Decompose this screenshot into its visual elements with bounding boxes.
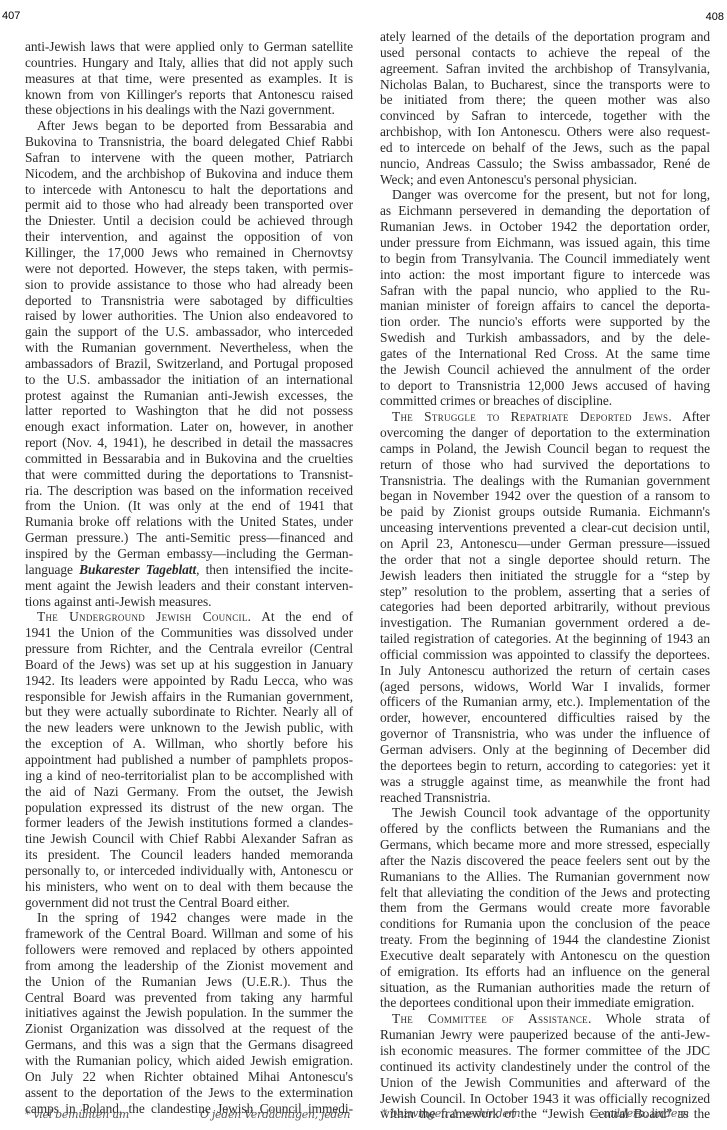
text-line: Weck; and even Antonescu's personal phys… — [380, 172, 710, 188]
handwritten-note: O jeden Verdächtigen, jeden — [200, 1108, 350, 1121]
text-line: archbishop, with Ion Antonescu. Others w… — [380, 124, 710, 140]
text-line: Transnistria. The dealings with the Ruma… — [380, 473, 710, 489]
text-line: tion order. The nuncio's efforts were su… — [380, 314, 710, 330]
text-line: nuncio, Andreas Cassulo; the Swiss ambas… — [380, 156, 710, 172]
text-line: agreement. Safran invited the archbishop… — [380, 61, 710, 77]
text-line: under pressure from Eichmann, was issued… — [380, 235, 710, 251]
text-line: framework of the Central Board. Willman … — [25, 926, 353, 942]
text-line: on April 23, Antonescu—under German pres… — [380, 536, 710, 552]
text-line: tions against anti-Jewish measures. — [25, 594, 353, 610]
text-line: their intervention, and against the oppo… — [25, 229, 353, 245]
text-line: pressure from Richter, and the Centrala … — [25, 641, 353, 657]
text-line: them from the Germans would create more … — [380, 900, 710, 916]
text-line: ria. The description was based on the in… — [25, 483, 353, 499]
text-line: ish economic measures. The former commit… — [380, 1043, 710, 1059]
text-line: committed in Bessarabia and in Bukovina … — [25, 451, 353, 467]
text-line: protest against the Rumanian anti-Jewish… — [25, 388, 353, 404]
text-line: order, however, encountered difficulties… — [380, 710, 710, 726]
text-line: measures at that time, were presented as… — [25, 71, 353, 87]
text-line: the order that not a single deportee sho… — [380, 552, 710, 568]
text-line: overcoming the danger of deportation to … — [380, 425, 710, 441]
text-line: to deport to Transnistria 12,000 Jews ac… — [380, 378, 710, 394]
text-line: used personal contacts to achieve the re… — [380, 45, 710, 61]
text-line: German pressure.) The anti-Semitic press… — [25, 530, 353, 546]
text-line: felt that alleviating the condition of t… — [380, 885, 710, 901]
section-heading: The Struggle to Repatriate Deported Jews… — [392, 409, 672, 424]
text-line: the Union of the Rumanian Jews (U.E.R.).… — [25, 974, 353, 990]
text-line: permit aid to those who had already been… — [25, 197, 353, 213]
text-line: as Eichmann persevered in demanding the … — [380, 203, 710, 219]
text-line: appointment had published a number of pa… — [25, 752, 353, 768]
text-line: its president. The Council leaders hande… — [25, 847, 353, 863]
text-line: raised by lower authorities. The Union a… — [25, 308, 353, 324]
text-line: treaty. From the beginning of 1944 the c… — [380, 932, 710, 948]
text-line: began in November 1942 over the question… — [380, 488, 710, 504]
text-line: The Underground Jewish Council. At the e… — [25, 609, 353, 625]
text-line: situation, as the Rumanian authorities m… — [380, 980, 710, 996]
text-line: Bukovina to Transnistria, the board dele… — [25, 134, 353, 150]
publication-title: Bukarester Tageblatt — [79, 562, 196, 577]
text-line: be paid by Zionist groups outside Rumani… — [380, 504, 710, 520]
text-line: official commission was appointed to cla… — [380, 647, 710, 663]
section-heading: The Committee of Assistance. — [392, 1011, 592, 1026]
text-line: Nicodem, and the archbishop of Bukovina … — [25, 166, 353, 182]
text-line: In July Antonescu authorized the return … — [380, 663, 710, 679]
text-line: ed to intercede on behalf of the Jews, s… — [380, 140, 710, 156]
text-line: his ministers, who went on to deal with … — [25, 879, 353, 895]
text-line: step” resolution to the problem, asserti… — [380, 584, 710, 600]
text-line: government did not trust the Central Boa… — [25, 895, 353, 911]
text-line: to intercede with Antonescu to halt the … — [25, 182, 353, 198]
handwritten-note: * bezwingen Δ verhindern — [382, 1107, 520, 1120]
text-line: of emigration. Its efforts had an influe… — [380, 964, 710, 980]
text-line: return of those who had survived the dep… — [380, 457, 710, 473]
text-line: Board of the Jews) was set up at his sug… — [25, 657, 353, 673]
text-line: manian minister of foreign affairs to ca… — [380, 298, 710, 314]
text-line: from the Union. (It was only at the end … — [25, 498, 353, 514]
text-line: 1941 the Union of the Communities was di… — [25, 625, 353, 641]
text-line: Killinger, the 17,000 Jews who remained … — [25, 245, 353, 261]
text-line: that were committed during the deportati… — [25, 467, 353, 483]
text-line: Union of the Jewish Communities and afte… — [380, 1075, 710, 1091]
text-line: gain the support of the U.S. ambassador,… — [25, 324, 353, 340]
text-line: the Dniester. Until a decision could be … — [25, 213, 353, 229]
text-line: initiatives against the Jewish populatio… — [25, 1005, 353, 1021]
text-line: tine Jewish Council with Chief Rabbi Ale… — [25, 831, 353, 847]
text-line: German advisers. Only at the beginning o… — [380, 742, 710, 758]
text-line: After Jews began to be deported from Bes… — [25, 118, 353, 134]
text-line: On July 22 when Richter obtained Mihai A… — [25, 1069, 353, 1085]
section-heading: The Underground Jewish Council. — [37, 609, 251, 624]
text-line: with the Rumanian policy, which aided Je… — [25, 1053, 353, 1069]
text-line: Germans, which became more and more stre… — [380, 837, 710, 853]
text-line: convinced by Safran to intercede, togeth… — [380, 108, 710, 124]
text-line: to the U.S. ambassador the initiation of… — [25, 372, 353, 388]
text-line: inspired by the German embassy—including… — [25, 546, 353, 562]
text-line: population expressed its distrust of the… — [25, 800, 353, 816]
text-line: Germans, and this was a sign that the Ge… — [25, 1037, 353, 1053]
text-line: the exception of A. Willman, who shortly… — [25, 736, 353, 752]
text-line: The Struggle to Repatriate Deported Jews… — [380, 409, 710, 425]
text-line: offered by the conflicts between the Rum… — [380, 821, 710, 837]
text-line: The Committee of Assistance. Whole strat… — [380, 1011, 710, 1027]
text-line: after the Nazis discovered the peace fee… — [380, 853, 710, 869]
text-line: the aid of Nazi Germany. From the outset… — [25, 784, 353, 800]
text-line: investigation. The Rumanian government o… — [380, 615, 710, 631]
text-line: responsible for Jewish affairs in the Ru… — [25, 689, 353, 705]
text-line: assent to the deportation of the Jews to… — [25, 1085, 353, 1101]
text-line: countries. Hungary and Italy, allies tha… — [25, 55, 353, 71]
text-line: anti-Jewish laws that were applied only … — [25, 39, 353, 55]
text-line: known from von Killinger's reports that … — [25, 87, 353, 103]
text-line: The Jewish Council took advantage of the… — [380, 805, 710, 821]
text-line: Executive dealt separately with Antonesc… — [380, 948, 710, 964]
text-line: Central Board was prevented from taking … — [25, 990, 353, 1006]
text-line: Danger was overcome for the present, but… — [380, 187, 710, 203]
text-line: Swedish and Turkish ambassadors, and by … — [380, 330, 710, 346]
text-line: Nicholas Balan, to Bucharest, since the … — [380, 77, 710, 93]
text-line: but they were actually subordinate to Ri… — [25, 704, 353, 720]
page-number-left: 407 — [2, 10, 20, 22]
right-text-column: ately learned of the details of the depo… — [380, 29, 710, 1122]
text-line: Zionist Organization was dissolved at th… — [25, 1021, 353, 1037]
text-line: unceasing interventions prevented a clea… — [380, 520, 710, 536]
text-line: continued its activity clandestinely und… — [380, 1059, 710, 1075]
text-line: categories had been deported arbitrarily… — [380, 599, 710, 615]
text-line: these objections in his dealings with th… — [25, 102, 353, 118]
text-line: conditions for Rumania upon the conclusi… — [380, 916, 710, 932]
text-line: Rumanian Jews. in October 1942 the depor… — [380, 219, 710, 235]
text-line: was a struggle against time, as meanwhil… — [380, 774, 710, 790]
text-line: Safran with the papal nuncio, who applie… — [380, 283, 710, 299]
text-line: deported to Transnistria were sabotaged … — [25, 293, 353, 309]
handwritten-note: ▭ mildern, lindern — [590, 1107, 689, 1120]
text-line: reached Transnistria. — [380, 790, 710, 806]
text-line: the deportees begin to return, according… — [380, 758, 710, 774]
text-line: (aged persons, widows, World War I inval… — [380, 679, 710, 695]
text-line: gates of the International Red Cross. At… — [380, 346, 710, 362]
text-line: were not deported. However, the steps ta… — [25, 261, 353, 277]
text-line: Rumanians to the Allies. The Rumanian go… — [380, 869, 710, 885]
text-line: former leaders of the Jewish institution… — [25, 815, 353, 831]
text-line: ately learned of the details of the depo… — [380, 29, 710, 45]
text-line: the new leaders were unknown to the Jewi… — [25, 720, 353, 736]
text-line: to begin from Transylvania. The Council … — [380, 251, 710, 267]
text-line: followers were removed and replaced by o… — [25, 942, 353, 958]
text-line: enough exact information. Later on, howe… — [25, 419, 353, 435]
text-line: with the Rumanian government. Neverthele… — [25, 340, 353, 356]
left-text-column: anti-Jewish laws that were applied only … — [25, 39, 353, 1116]
text-line: personally to, or interceded individuall… — [25, 863, 353, 879]
text-line: Rumanian Jewry were pauperized because o… — [380, 1027, 710, 1043]
text-line: ing a kind of neo-territorialist plan to… — [25, 768, 353, 784]
text-line: report (Nov. 4, 1941), he described in d… — [25, 435, 353, 451]
text-line: tailed registration of categories. At th… — [380, 631, 710, 647]
text-line: latter reported to Washington that he di… — [25, 403, 353, 419]
page-number-right: 408 — [706, 11, 724, 23]
text-line: the Jewish Council achieved the annulmen… — [380, 362, 710, 378]
text-line: officers of the Rumanian army, etc.). Im… — [380, 694, 710, 710]
text-line: Jewish Council. In October 1943 it was o… — [380, 1091, 710, 1107]
text-line: ment againt the Jewish leaders and their… — [25, 578, 353, 594]
handwritten-note: * viel bemühten um — [25, 1108, 129, 1121]
text-line: Safran to intervene with the queen mothe… — [25, 150, 353, 166]
text-line: committed crimes or breaches of discipli… — [380, 393, 710, 409]
text-line: sion to provide assistance to those who … — [25, 277, 353, 293]
text-line: from among the leadership of the Zionist… — [25, 958, 353, 974]
text-line: the deportees conditional upon their imm… — [380, 995, 710, 1011]
text-line: language Bukarester Tageblatt, then inte… — [25, 562, 353, 578]
text-line: Jewish leaders then initiated the strugg… — [380, 568, 710, 584]
text-line: camps in Poland, the Jewish Council bega… — [380, 441, 710, 457]
text-line: Rumania broke off relations with the Uni… — [25, 514, 353, 530]
text-line: into action: the most important figure t… — [380, 267, 710, 283]
text-line: be initiated from there; the queen mothe… — [380, 92, 710, 108]
text-line: 1942. Its leaders were appointed by Radu… — [25, 673, 353, 689]
text-line: ambassadors of Brazil, Switzerland, and … — [25, 356, 353, 372]
text-line: governor of Transnistria, who was under … — [380, 726, 710, 742]
text-line: In the spring of 1942 changes were made … — [25, 910, 353, 926]
